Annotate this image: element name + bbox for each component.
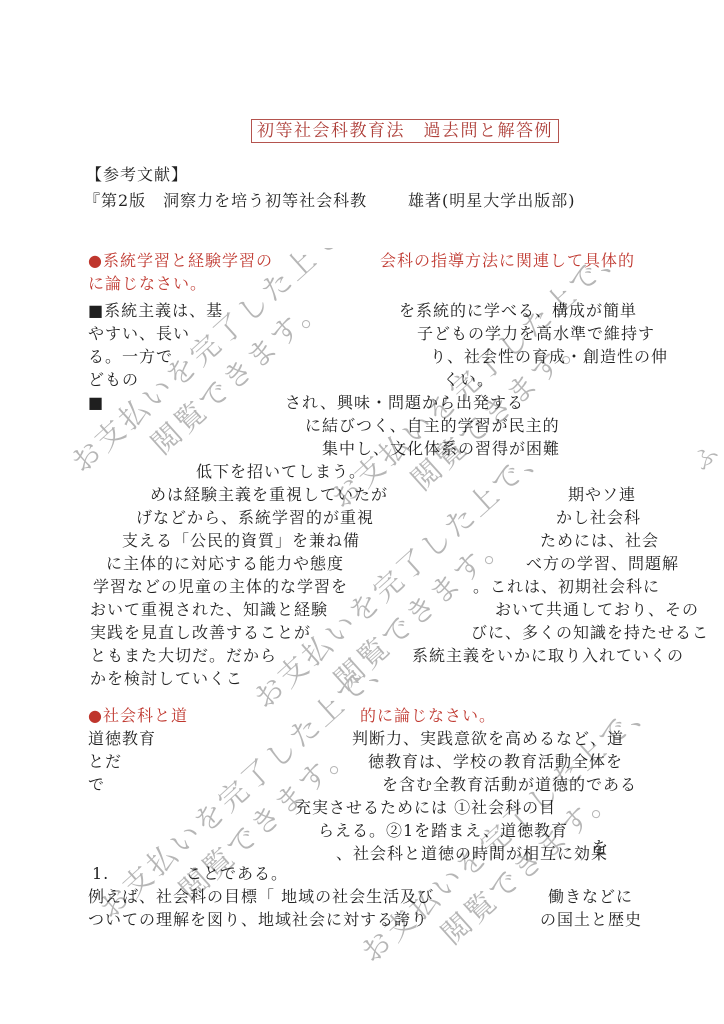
question-heading-fragment: 会科の指導方法に関連して具体的 <box>380 251 635 271</box>
body-text-fragment: やすい、長い <box>88 324 190 344</box>
body-text-fragment: ■ <box>88 393 104 413</box>
body-text-fragment: 学習などの児童の主体的な学習を <box>93 577 348 597</box>
document-title: 初等社会科教育法 過去問と解答例 <box>251 119 559 143</box>
body-text-fragment: おいて重視された、知識と経験 <box>90 600 328 620</box>
body-text-fragment: で <box>88 775 105 795</box>
body-text-fragment: べ方の学習、問題解 <box>526 554 679 574</box>
body-text-fragment: を含む全教育活動が道徳的である <box>382 775 637 795</box>
question-heading-fragment: 的に論じなさい。 <box>360 706 496 726</box>
text-layer: ●系統学習と経験学習の会科の指導方法に関連して具体的に論じなさい。■系統主義は、… <box>0 0 724 1024</box>
body-text-fragment: る。一方で <box>88 347 173 367</box>
body-text-fragment: とだ <box>88 752 122 772</box>
body-text-fragment: おいて共通しており、その <box>495 600 699 620</box>
body-text-fragment: 実践を見直し改善することが <box>90 623 311 643</box>
body-text-fragment: 期やソ連 <box>568 485 636 505</box>
body-text-fragment: ためには、社会 <box>540 531 659 551</box>
body-text-fragment: 子どもの学力を高水準で維持す <box>417 324 655 344</box>
document-page: お支払いを完了した上で、閲覧できます。お支払いを完了した上で、閲覧できます。お支… <box>0 0 724 1024</box>
body-text-fragment: 例えば、社会科の目標「 地域の社会生活及び <box>88 887 434 907</box>
body-text-fragment: 、社会科と道徳の時間が相互に効果 <box>336 844 608 864</box>
body-text-fragment: 集中し、文化体系の習得が困難 <box>322 439 560 459</box>
body-text-fragment: 働きなどに <box>548 887 633 907</box>
question-heading-fragment: ●社会科と道 <box>88 706 188 726</box>
body-text-fragment: ともまた大切だ。だから <box>90 646 277 666</box>
question-heading-fragment: ●系統学習と経験学習の <box>88 251 273 271</box>
question-heading-fragment: に論じなさい。 <box>88 274 207 294</box>
references-heading: 【参考文献】 <box>86 162 188 185</box>
body-text-fragment: に結びつく、自主的学習が民主的 <box>305 416 560 436</box>
body-text-fragment: げなどから、系統学習的が重視 <box>136 508 374 528</box>
body-text-fragment: 系統主義をいかに取り入れていくの <box>412 646 684 666</box>
body-text-fragment: くい。 <box>443 370 494 390</box>
body-text-fragment: 判断力、実践意欲を高めるなど、道 <box>352 729 624 749</box>
body-text-fragment: 1. <box>92 864 109 884</box>
reference-author: 雄著(明星大学出版部) <box>408 188 576 211</box>
body-text-fragment: かを検討していくこ <box>90 669 243 689</box>
body-text-fragment: され、興味・問題から出発する <box>285 393 524 413</box>
body-text-fragment: らえる。②1を踏まえ、道徳教育 <box>318 821 568 841</box>
body-text-fragment: を <box>592 838 609 858</box>
body-text-fragment: びに、多くの知識を持たせるこ <box>471 623 709 643</box>
body-text-fragment: ついての理解を図り、地域社会に対する誇り <box>88 910 428 930</box>
body-text-fragment: 充実させるためには ①社会科の目 <box>295 798 556 818</box>
body-text-fragment: り、社会性の育成・創造性の伸 <box>430 347 668 367</box>
body-text-fragment: 低下を招いてしまう。 <box>196 462 366 482</box>
body-text-fragment: ■系統主義は、基 <box>88 301 223 321</box>
body-text-fragment: に主体的に対応する能力や態度 <box>106 554 344 574</box>
body-text-fragment: ことである。 <box>186 864 288 884</box>
body-text-fragment: どもの <box>88 370 139 390</box>
body-text-fragment: を系統的に学べる、構成が簡単 <box>399 301 637 321</box>
body-text-fragment: かし社会科 <box>556 508 641 528</box>
body-text-fragment: 道徳教育 <box>88 729 156 749</box>
reference-entry: 『第2版 洞察力を培う初等社会科教 <box>84 188 367 211</box>
body-text-fragment: 。これは、初期社会科に <box>473 577 660 597</box>
body-text-fragment: 支える「公民的資質」を兼ね備 <box>122 531 360 551</box>
body-text-fragment: 徳教育は、学校の教育活動全体を <box>368 752 623 772</box>
body-text-fragment: めは経験主義を重視していたが <box>150 485 388 505</box>
body-text-fragment: の国土と歴史 <box>540 910 642 930</box>
